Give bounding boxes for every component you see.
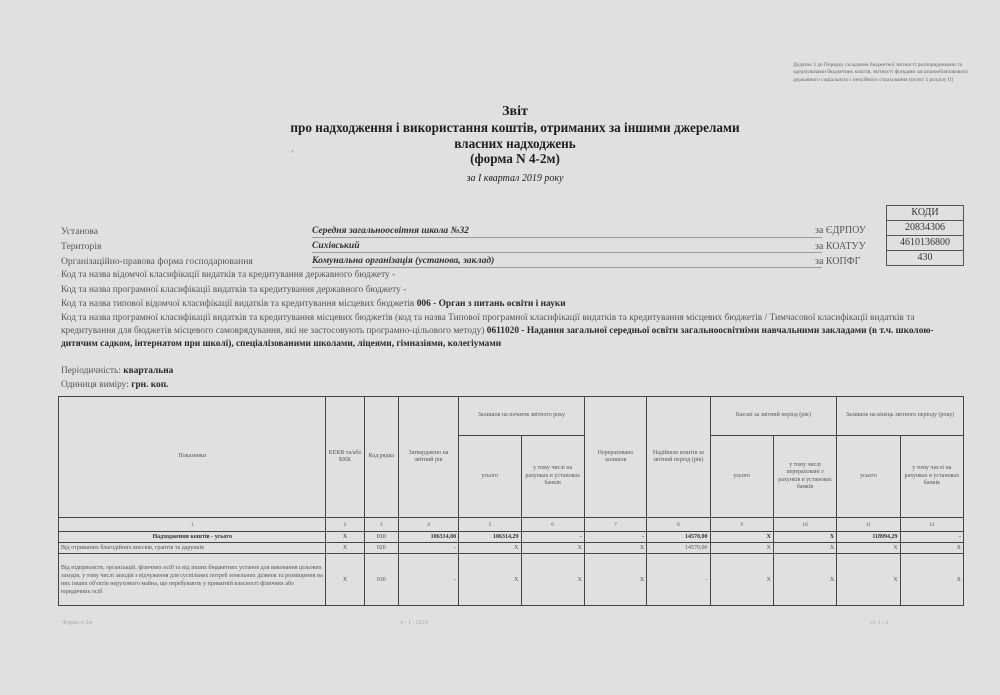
state-program-classification: Код та назва програмної класифікації вид… — [61, 285, 406, 295]
header-end-bank: у тому числі на рахунках в установах бан… — [900, 436, 963, 518]
kopfg-code: 430 — [887, 251, 964, 266]
col-num: 8 — [647, 518, 710, 532]
row-cash-total: X — [710, 543, 773, 554]
header-cash-total: усього — [710, 436, 773, 518]
row-cash-transferred: X — [773, 543, 836, 554]
row-approved: 106314,00 — [398, 532, 458, 543]
header-approved: Затверджено на звітний рік — [398, 397, 458, 518]
local-dept-prefix: Код та назва типової відомчої класифікац… — [61, 299, 414, 309]
row-start-bank: X — [521, 543, 584, 554]
row-transferred: X — [584, 543, 646, 554]
title-line-4: (форма N 4-2м) — [0, 151, 1000, 167]
codes-header: КОДИ — [887, 206, 964, 221]
edrpou-label: за ЄДРПОУ — [815, 225, 866, 236]
title-line-3: власних надходжень — [0, 136, 1000, 152]
periodicity: Періодичність: квартальна — [61, 366, 173, 376]
col-num: 5 — [459, 518, 521, 532]
row-kekv: X — [326, 532, 364, 543]
edrpou-code: 20834306 — [887, 221, 964, 236]
col-num: 9 — [710, 518, 773, 532]
periodicity-label: Періодичність: — [61, 366, 121, 376]
territory-value: Сихівський — [312, 240, 822, 253]
footer-left: Форма 4-2м — [62, 620, 92, 626]
col-num: 11 — [837, 518, 900, 532]
row-end-total: X — [837, 554, 900, 606]
row-end-total: X — [837, 543, 900, 554]
institution-value: Середня загальноосвітня школа №32 — [312, 225, 822, 238]
scan-speck: ' — [292, 149, 293, 158]
row-code: 030 — [364, 554, 398, 606]
local-dept-value: 006 - Орган з питань освіти і науки — [417, 299, 566, 309]
unit-value: грн. коп. — [131, 380, 168, 390]
header-cash-transferred: у тому числі перераховані з рахунків в у… — [773, 436, 836, 518]
header-start-bank: у тому числі на рахунках в установах бан… — [521, 436, 584, 518]
row-received: 14570,00 — [647, 543, 710, 554]
col-num: 6 — [521, 518, 584, 532]
row-end-bank: X — [900, 554, 963, 606]
row-end-total: 118994,29 — [837, 532, 900, 543]
report-title: Звіт про надходження і використання кошт… — [0, 103, 1000, 184]
local-dept-classification: Код та назва типової відомчої класифікац… — [61, 299, 566, 309]
row-name: Від підприємств, організацій, фізичних о… — [59, 554, 326, 606]
report-period: за I квартал 2019 року — [0, 173, 1000, 184]
row-start-bank: - — [521, 532, 584, 543]
header-kekv: КЕКВ та/або ККК — [326, 397, 364, 518]
header-cash-expenses: Касові за звітний період (рік) — [710, 397, 837, 436]
header-indicators: Показники — [59, 397, 326, 518]
row-start-total: X — [459, 554, 521, 606]
row-code: 010 — [364, 532, 398, 543]
row-transferred: X — [584, 554, 646, 606]
col-num: 3 — [364, 518, 398, 532]
row-cash-total: X — [710, 554, 773, 606]
row-start-total: X — [459, 543, 521, 554]
header-balance-end: Залишок на кінець звітного періоду (року… — [837, 397, 964, 436]
institution-label: Установа — [61, 226, 98, 237]
report-table: Показники КЕКВ та/або ККК Код рядка Затв… — [58, 396, 964, 606]
local-program-classification: Код та назва програмної класифікації вид… — [61, 312, 966, 351]
header-end-total: усього — [837, 436, 900, 518]
header-received: Надійшло коштів за звітний період (рік) — [647, 397, 710, 518]
row-end-bank: X — [900, 543, 963, 554]
row-received: 14570,00 — [647, 532, 710, 543]
periodicity-value: квартальна — [123, 366, 173, 376]
table-row: Від отриманих благодійних внесків, грант… — [59, 543, 964, 554]
header-row-code: Код рядка — [364, 397, 398, 518]
header-start-total: усього — [459, 436, 521, 518]
col-num: 12 — [900, 518, 963, 532]
row-cash-transferred: X — [773, 532, 836, 543]
row-start-bank: X — [521, 554, 584, 606]
col-num: 2 — [326, 518, 364, 532]
col-num: 7 — [584, 518, 646, 532]
kopfg-label: за КОПФГ — [815, 256, 860, 267]
koatuu-label: за КОАТУУ — [815, 241, 866, 252]
row-kekv: X — [326, 543, 364, 554]
row-code: 020 — [364, 543, 398, 554]
col-num: 1 — [59, 518, 326, 532]
header-transferred-balance: Перераховано залишок — [584, 397, 646, 518]
title-line-2: про надходження і використання коштів, о… — [0, 120, 1000, 136]
row-cash-transferred: X — [773, 554, 836, 606]
footer-right: ст. 1 / 2 — [870, 620, 889, 626]
title-line-1: Звіт — [0, 103, 1000, 120]
state-dept-classification: Код та назва відомчої класифікації видат… — [61, 270, 395, 280]
row-name: Надходження коштів - усього — [59, 532, 326, 543]
territory-label: Територія — [61, 241, 101, 252]
row-received: - — [647, 554, 710, 606]
row-approved: - — [398, 543, 458, 554]
koatuu-code: 4610136800 — [887, 236, 964, 251]
legal-form-label: Організаційно-правова форма господарюван… — [61, 256, 253, 267]
table-row: Від підприємств, організацій, фізичних о… — [59, 554, 964, 606]
unit-of-measure: Одиниця виміру: грн. коп. — [61, 380, 168, 390]
codes-table: КОДИ 20834306 4610136800 430 — [886, 205, 964, 266]
footer-center: 4 - 1 / 2019 — [400, 620, 428, 626]
legal-form-value: Комунальна організація (установа, заклад… — [312, 255, 822, 268]
row-end-bank: - — [900, 532, 963, 543]
row-start-total: 106314,29 — [459, 532, 521, 543]
col-num: 10 — [773, 518, 836, 532]
row-cash-total: X — [710, 532, 773, 543]
row-transferred: - — [584, 532, 646, 543]
unit-label: Одиниця виміру: — [61, 380, 129, 390]
row-approved: - — [398, 554, 458, 606]
table-row: Надходження коштів - усього X 010 106314… — [59, 532, 964, 543]
row-name: Від отриманих благодійних внесків, грант… — [59, 543, 326, 554]
column-numbers-row: 1 2 3 4 5 6 7 8 9 10 11 12 — [59, 518, 964, 532]
col-num: 4 — [398, 518, 458, 532]
header-balance-start: Залишок на початок звітного року — [459, 397, 585, 436]
row-kekv: X — [326, 554, 364, 606]
appendix-note: Додаток 3 до Порядку складання бюджетної… — [793, 62, 973, 84]
